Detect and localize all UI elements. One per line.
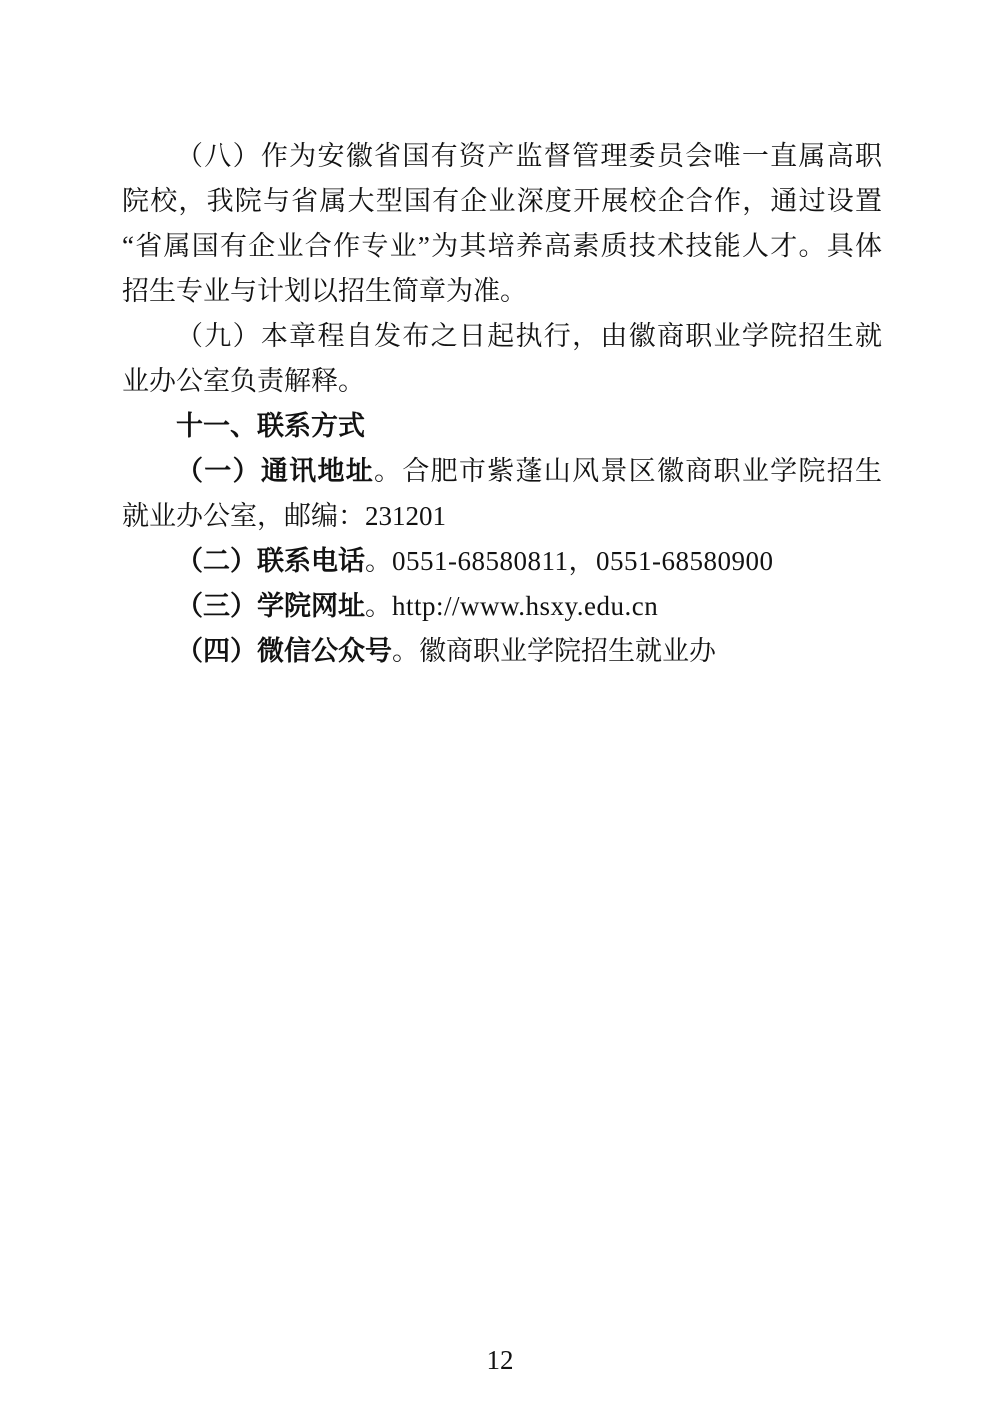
paragraph-8-line-4: 招生专业与计划以招生简章为准。 xyxy=(122,269,882,314)
contact-wechat-label: （四）微信公众号 xyxy=(176,636,392,666)
contact-wechat-account: 徽商职业学院招生就业办 xyxy=(419,636,716,666)
paragraph-8-line-3: “省属国有企业合作专业”为其培养高素质技术技能人才。具体 xyxy=(122,224,882,269)
contact-phone-separator: 。 xyxy=(365,546,392,576)
contact-website-separator: 。 xyxy=(365,591,392,621)
contact-wechat-separator: 。 xyxy=(392,636,419,666)
contact-website-url: http://www.hsxy.edu.cn xyxy=(392,591,658,621)
document-page: （八）作为安徽省国有资产监督管理委员会唯一直属高职 院校，我院与省属大型国有企业… xyxy=(0,0,1000,1423)
paragraph-8-line-1: （八）作为安徽省国有资产监督管理委员会唯一直属高职 xyxy=(122,134,882,179)
paragraph-9-line-1: （九）本章程自发布之日起执行，由徽商职业学院招生就 xyxy=(122,314,882,359)
contact-wechat-line: （四）微信公众号。徽商职业学院招生就业办 xyxy=(122,629,882,674)
contact-website-line: （三）学院网址。http://www.hsxy.edu.cn xyxy=(122,584,882,629)
paragraph-9-line-2: 业办公室负责解释。 xyxy=(122,359,882,404)
contact-phone-label: （二）联系电话 xyxy=(176,546,365,576)
contact-address-line-2: 就业办公室，邮编：231201 xyxy=(122,494,882,539)
section-heading-contact: 十一、联系方式 xyxy=(122,404,882,449)
contact-phone-line: （二）联系电话。0551-68580811，0551-68580900 xyxy=(122,539,882,584)
contact-website-label: （三）学院网址 xyxy=(176,591,365,621)
contact-phone-numbers: 0551-68580811，0551-68580900 xyxy=(392,546,773,576)
document-body: （八）作为安徽省国有资产监督管理委员会唯一直属高职 院校，我院与省属大型国有企业… xyxy=(122,134,882,674)
page-number: 12 xyxy=(0,1340,1000,1380)
contact-address-line-1: （一）通讯地址。合肥市紫蓬山风景区徽商职业学院招生 xyxy=(122,449,882,494)
paragraph-8-line-2: 院校，我院与省属大型国有企业深度开展校企合作，通过设置 xyxy=(122,179,882,224)
contact-address-text: 。合肥市紫蓬山风景区徽商职业学院招生 xyxy=(374,456,882,486)
contact-address-label: （一）通讯地址 xyxy=(176,456,374,486)
